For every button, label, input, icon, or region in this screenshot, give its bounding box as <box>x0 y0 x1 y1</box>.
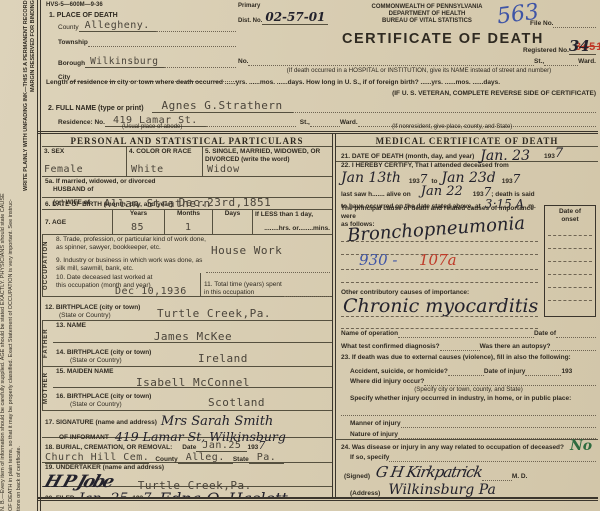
trade-row: 8. Trade, profession, or particular kind… <box>53 235 332 257</box>
signed-label: (Signed) <box>344 473 370 481</box>
mother-name-label: 15. MAIDEN NAME <box>56 368 330 376</box>
last-worked-row: 10. Date deceased last worked at this oc… <box>53 273 201 297</box>
autopsy-label: Was there an autopsy? <box>480 343 551 351</box>
operation-row: Name of operation Date of <box>336 325 598 338</box>
burial-row: 18. BURIAL, CREMATION, OR REMOVAL: Date … <box>42 438 332 463</box>
cause-blank-line <box>341 270 538 283</box>
industry-row: 9. Industry or business in which work wa… <box>53 257 332 273</box>
file-no-label: File No. <box>530 20 553 28</box>
blank-line <box>398 431 596 439</box>
physician-address-hand: Wilkinsburg Pa <box>388 482 495 497</box>
certify-block: 22. I HEREBY CERTIFY, That I attended de… <box>336 162 598 205</box>
blank-line <box>448 368 484 376</box>
blank-line <box>164 60 237 68</box>
date-of-death-row: 21. DATE OF DEATH (month, day, and year)… <box>336 147 598 162</box>
personal-column: PERSONAL AND STATISTICAL PARTICULARS 3. … <box>42 134 332 497</box>
sex-race-marital-row: 3. SEX Female 4. COLOR OR RACE White 5. … <box>42 147 332 177</box>
blank-line <box>496 490 596 497</box>
margin-note: OF DEATH in plain terms, so that it may … <box>8 0 14 511</box>
signed-row: (Signed) G H Kirkpatrick M. D. <box>336 462 598 481</box>
test-label: What test confirmed diagnosis? <box>341 343 440 351</box>
occupation-block: OCCUPATION 8. Trade, profession, or part… <box>42 235 332 297</box>
father-birthplace-row: 14. BIRTHPLACE (city or town) (State or … <box>53 343 332 365</box>
months-label: Months <box>165 210 212 218</box>
mother-name-value: Isabell McConnel <box>56 376 330 389</box>
cause-code-red: 107a <box>419 251 457 269</box>
margin-note: N. B.—Every item of information should b… <box>0 0 6 511</box>
blank-line <box>551 343 596 351</box>
father-block: FATHER 13. NAME James McKee 14. BIRTHPLA… <box>42 321 332 367</box>
certificate-title: CERTIFICATE OF DEATH <box>342 31 512 47</box>
days-label: Days <box>213 210 252 218</box>
cause-code-blue: 930 - <box>359 251 397 269</box>
total-time-label: 11. Total time (years) spent in this occ… <box>204 281 284 297</box>
death-certificate-document: N. B.—Every item of information should b… <box>0 0 600 511</box>
blank-line <box>248 58 534 66</box>
medical-column: MEDICAL CERTIFICATE OF DEATH 21. DATE OF… <box>336 134 598 497</box>
agency-line1: COMMONWEALTH OF PENNSYLVANIA <box>342 4 512 11</box>
age-label: 7. AGE <box>45 219 66 226</box>
manner-row: Manner of injury <box>336 416 598 428</box>
dob-value: Dec.23rd,1851 <box>179 196 272 209</box>
county-label: County <box>58 24 79 32</box>
county-value: Allegheny. <box>79 20 156 32</box>
mother-name-row: 15. MAIDEN NAME Isabell McConnel <box>53 367 332 388</box>
injury-193: 193 <box>561 368 572 376</box>
marital-value: Widow <box>207 164 240 175</box>
last-saw-label: last saw h....... alive on <box>341 191 411 199</box>
informant-row: 17. SIGNATURE (name and address) Mrs Sar… <box>42 411 332 438</box>
dob-label: 6. DATE OF BIRTH (month, day, and year) <box>45 201 173 209</box>
onset-blank-line <box>548 236 592 249</box>
residence-length-line: Length of residence in city or town wher… <box>46 79 596 87</box>
father-bp-sublabel: (State or Country) <box>56 357 168 365</box>
years-label: Years <box>113 210 164 218</box>
address-row: (Address) Wilkinsburg Pa <box>336 481 598 497</box>
residence-label: Residence: No. <box>58 119 105 127</box>
if-so-label: If so, specify <box>350 454 389 462</box>
industry-label: 9. Industry or business in which work wa… <box>56 257 206 273</box>
saw-193: 193 <box>473 191 484 199</box>
burial-date-value: Jan.25 <box>196 440 247 452</box>
age-row: 7. AGE Years 85 Months 1 Days If LESS th… <box>42 210 332 235</box>
accident-label: Accident, suicide, or homicide? <box>350 368 448 376</box>
st-label-2: St., <box>300 119 310 127</box>
blank-line <box>398 330 534 338</box>
to-year-hand: 7 <box>513 172 521 186</box>
manner-label: Manner of injury <box>350 420 401 428</box>
father-bp-value: Ireland <box>198 352 248 365</box>
informant-label1: 17. SIGNATURE (name and address) <box>45 419 157 427</box>
bottom-rule <box>37 497 598 501</box>
cause-of-death-area: Date of onset The principal cause of dea… <box>336 205 598 325</box>
mother-side-label: MOTHER <box>42 367 53 410</box>
blank-line <box>401 420 596 428</box>
blank-line <box>556 330 596 338</box>
injury-date-label: Date of injury <box>484 368 526 376</box>
ward-label: Ward. <box>578 58 596 66</box>
filed-row: 20. FILED Jan. 25 193 7 Edna O. Haslett … <box>42 487 332 497</box>
last-saw-hand: Jan 22 <box>421 184 463 199</box>
dod-year-hand: 7 <box>555 146 563 161</box>
father-name-value: James McKee <box>56 330 330 343</box>
if-so-row: If so, specify <box>336 452 598 462</box>
specify-whether-label: Specify whether injury occurred in indus… <box>336 395 598 406</box>
contributory-handwritten: Chronic myocarditis <box>343 295 538 317</box>
trade-label: 8. Trade, profession, or particular kind… <box>56 236 206 252</box>
township-label: Township <box>58 39 88 47</box>
blank-line <box>440 343 480 351</box>
personal-header: PERSONAL AND STATISTICAL PARTICULARS <box>42 134 332 147</box>
dob-row: 6. DATE OF BIRTH (month, day, and year) … <box>42 198 332 210</box>
blank-line <box>482 473 512 481</box>
no-label: No. <box>238 58 248 66</box>
mother-block: MOTHER 15. MAIDEN NAME Isabell McConnel … <box>42 367 332 411</box>
father-side-label: FATHER <box>42 321 53 366</box>
last-worked-value: Dec 10,1936 <box>115 286 187 297</box>
onset-blank-line <box>548 249 592 262</box>
marital-label: 5. SINGLE, MARRIED, WIDOWED, OR DIVORCED… <box>205 148 330 164</box>
race-label: 4. COLOR OR RACE <box>129 148 200 156</box>
mother-birthplace-row: 16. BIRTHPLACE (city or town) (State or … <box>53 388 332 409</box>
hrs-mins-label: ........hrs. or........mins. <box>264 225 330 233</box>
attended-from-hand: Jan 13th <box>341 170 401 186</box>
external-causes-label: 23. If death was due to external causes … <box>336 351 598 363</box>
sex-label: 3. SEX <box>44 148 124 156</box>
registrar-signature: Edna O. Haslett <box>159 489 287 498</box>
dod-label: 21. DATE OF DEATH (month, day, and year) <box>341 153 474 161</box>
primary-label: Primary <box>238 3 328 10</box>
blank-line <box>156 24 236 32</box>
borough-label: Borough <box>58 60 85 68</box>
race-value: White <box>131 164 164 175</box>
form-header: HVS-5—600M—9-36 1. PLACE OF DEATH County… <box>42 0 598 97</box>
father-name-label: 13. NAME <box>56 322 330 330</box>
mother-bp-value: Scotland <box>208 396 265 409</box>
blank-line <box>544 58 578 66</box>
dist-no-value: 02-57-01 <box>262 10 328 25</box>
md-label: M. D. <box>512 473 528 481</box>
dod-193: 193 <box>544 153 555 161</box>
where-injury-label: Where did injury occur? <box>350 378 424 386</box>
ward-label-2: Ward. <box>340 119 358 127</box>
birthplace-value: Turtle Creek,Pa. <box>157 307 271 320</box>
trade-value: House Work <box>211 236 330 257</box>
operation-date-label: Date of <box>534 330 556 338</box>
borough-value: Wilkinsburg <box>85 56 163 68</box>
registered-no-label: Registered No. <box>523 47 569 55</box>
form-number: HVS-5—600M—9-36 <box>46 2 103 9</box>
age-years-value: 85 <box>131 222 144 233</box>
full-name-value: Agnes G.Strathern <box>152 99 293 113</box>
onset-blank-line <box>548 262 592 275</box>
binding-margin: N. B.—Every item of information should b… <box>0 0 37 511</box>
total-time-row: 11. Total time (years) spent in this occ… <box>201 273 332 297</box>
burial-label: 18. BURIAL, CREMATION, OR REMOVAL: <box>45 444 172 452</box>
blank-line <box>389 454 596 462</box>
blank-line <box>553 20 596 28</box>
burial-year-hand: 7 <box>258 439 265 452</box>
mother-bp-sublabel: (State or Country) <box>56 401 168 409</box>
age-months-value: 1 <box>185 222 192 233</box>
agency-line2: DEPARTMENT OF HEALTH <box>342 11 512 18</box>
full-name-label: 2. FULL NAME (type or print) <box>48 105 144 113</box>
birthplace-label: 12. BIRTHPLACE (city or town) <box>45 304 157 312</box>
nature-row: Nature of injury <box>336 428 598 439</box>
spouse-label2: HUSBAND of <box>45 186 330 194</box>
burial-193: 193 <box>247 444 258 452</box>
undertaker-row: 19. UNDERTAKER (name and address) H P Jo… <box>42 463 332 487</box>
dist-no-label: Dist. No. <box>238 18 262 25</box>
specify-city-note: (Specify city or town, county, and State… <box>336 386 598 395</box>
occupation-side-label: OCCUPATION <box>42 235 53 296</box>
sex-value: Female <box>44 164 83 175</box>
occupation-related-row: 24. Was disease or injury in any way rel… <box>336 439 598 452</box>
physician-signature: G H Kirkpatrick <box>374 463 483 481</box>
informant-signature-line1: Mrs Sarah Smith <box>161 414 273 429</box>
burial-date-label: Date <box>182 444 196 452</box>
undertaker-label: 19. UNDERTAKER (name and address) <box>45 464 330 472</box>
binding-rule <box>37 0 41 511</box>
st-label: St., <box>534 58 544 66</box>
birthplace-sublabel: (State or Country) <box>45 312 157 320</box>
certify-label: 22. I HEREBY CERTIFY, That I attended de… <box>341 162 596 170</box>
blank-line <box>341 408 596 416</box>
mother-bp-label: 16. BIRTHPLACE (city or town) <box>56 393 168 401</box>
nature-label: Nature of injury <box>350 431 398 439</box>
hospital-note: (If death occurred in a HOSPITAL or INST… <box>242 67 596 74</box>
operation-label: Name of operation <box>341 330 398 338</box>
birthplace-row: 12. BIRTHPLACE (city or town) (State or … <box>42 297 332 321</box>
blank-line <box>206 119 296 127</box>
address-label: (Address) <box>350 490 380 497</box>
margin-note: MARGIN RESERVED FOR BINDING <box>30 0 36 511</box>
margin-note: WRITE PLAINLY WITH UNFADING INK—THIS IS … <box>23 0 29 511</box>
blank-line <box>88 39 236 47</box>
blank-line <box>206 265 330 273</box>
accident-row: Accident, suicide, or homicide? Date of … <box>336 363 598 376</box>
blank-line <box>293 105 596 113</box>
name-section: 2. FULL NAME (type or print) Agnes G.Str… <box>42 97 598 131</box>
test-row: What test confirmed diagnosis? Was there… <box>336 338 598 351</box>
to-193: 193 <box>502 178 513 186</box>
from-193: 193 <box>409 178 420 186</box>
blank-line <box>310 119 340 127</box>
registered-no-handwritten: 34 <box>569 37 590 55</box>
blank-line <box>284 289 330 297</box>
margin-note: tions on back of certificate. <box>16 0 22 511</box>
where-injury-row: Where did injury occur? <box>336 376 598 386</box>
if-less-label: If LESS than 1 day, <box>255 211 330 219</box>
father-bp-label: 14. BIRTHPLACE (city or town) <box>56 349 168 357</box>
spouse-label1: 5a. If married, widowed, or divorced <box>45 178 330 186</box>
agency-line3: BUREAU OF VITAL STATISTICS <box>342 18 512 25</box>
blank-line <box>424 378 596 386</box>
father-name-row: 13. NAME James McKee <box>53 321 332 343</box>
occ-related-label: 24. Was disease or injury in any way rel… <box>341 444 564 452</box>
blank-line <box>525 368 561 376</box>
spouse-row: 5a. If married, widowed, or divorced HUS… <box>42 177 332 198</box>
